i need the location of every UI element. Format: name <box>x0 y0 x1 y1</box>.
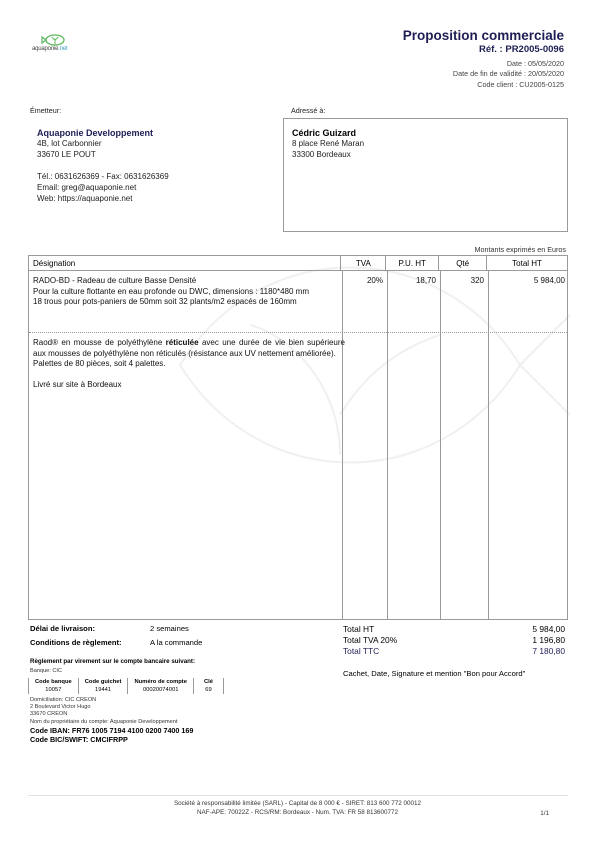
sender-address-2: 33670 LE POUT <box>37 149 169 160</box>
recipient-address-1: 8 place René Maran <box>292 138 364 149</box>
bank-transfer-title: Règlement par virement sur le compte ban… <box>30 658 195 665</box>
sender-phone: Tél.: 0631626369 - Fax: 0631626369 <box>37 171 169 182</box>
row-separator <box>29 332 567 333</box>
bank-code-value: 10057 <box>29 686 79 694</box>
description-paragraph-3: Livré sur site à Bordeaux <box>33 380 345 391</box>
column-header-tva: TVA <box>341 256 386 271</box>
bank-code-header: Code banque <box>29 678 79 686</box>
description-paragraph-2: Palettes de 80 pièces, soit 4 palettes. <box>33 359 345 370</box>
column-header-designation: Désignation <box>29 256 341 271</box>
recipient-name: Cédric Guizard <box>292 128 364 138</box>
bic-code: Code BIC/SWIFT: CMCIFRPP <box>30 735 193 744</box>
account-number-header: Numéro de compte <box>128 678 194 686</box>
sender-label: Émetteur: <box>30 106 61 115</box>
column-header-total: Total HT <box>487 256 568 271</box>
delivery-value: 2 semaines <box>150 624 189 633</box>
bank-address-block: Domiciliation: CIC CREON 2 Boulevard Vic… <box>30 697 193 744</box>
sender-block: Aquaponie Developpement 4B, lot Carbonni… <box>37 128 169 204</box>
recipient-label: Adressé à: <box>291 106 325 115</box>
bank-name: Banque: CIC <box>30 668 62 675</box>
recipient-block: Cédric Guizard 8 place René Maran 33300 … <box>292 128 364 160</box>
item-description: Raod® en mousse de polyéthylène réticulé… <box>33 338 345 391</box>
item-total: 5 984,00 <box>488 276 565 287</box>
total-ttc-row: Total TTC7 180,80 <box>343 646 565 657</box>
item-unit-price: 18,70 <box>387 276 436 287</box>
sender-email: Email: greg@aquaponie.net <box>37 182 169 193</box>
iban-code: Code IBAN: FR76 1005 7194 4100 0200 7400… <box>30 726 193 735</box>
items-table: Désignation TVA P.U. HT Qté Total HT <box>28 255 568 271</box>
recipient-address-2: 33300 Bordeaux <box>292 149 364 160</box>
document-date: Date : 05/05/2020 <box>507 59 564 68</box>
delivery-label: Délai de livraison: <box>30 624 95 633</box>
logo-wordmark: aquaponie.net <box>32 46 67 52</box>
bank-domiciliation: Domiciliation: CIC CREON <box>30 697 193 704</box>
column-header-quantity: Qté <box>439 256 487 271</box>
table-row: RADO-BD - Radeau de culture Basse Densit… <box>33 276 309 308</box>
account-owner: Nom du propriétaire du compte: Aquaponie… <box>30 719 193 726</box>
sender-name: Aquaponie Developpement <box>37 128 169 138</box>
item-quantity: 320 <box>440 276 484 287</box>
currency-note: Montants exprimés en Euros <box>475 245 566 254</box>
key-value: 69 <box>193 686 223 694</box>
document-reference: Réf. : PR2005-0096 <box>479 44 564 55</box>
footer-legal-1: Société à responsabilité limitée (SARL) … <box>0 800 595 807</box>
items-table-body: RADO-BD - Radeau de culture Basse Densit… <box>28 270 568 620</box>
bank-address-1: 2 Boulevard Victor Hugo <box>30 704 193 711</box>
sender-address-1: 4B, lot Carbonnier <box>37 138 169 149</box>
client-code: Code client : CU2005-0125 <box>477 80 564 89</box>
document-title: Proposition commerciale <box>403 28 564 43</box>
page-number: 1/1 <box>540 810 549 817</box>
item-detail-1: Pour la culture flottante en eau profond… <box>33 287 309 298</box>
item-detail-2: 18 trous pour pots-paniers de 50mm soit … <box>33 297 309 308</box>
footer-legal-2: NAF-APE: 70022Z - RCS/RM: Bordeaux - Num… <box>0 809 595 816</box>
key-header: Clé <box>193 678 223 686</box>
item-title: RADO-BD - Radeau de culture Basse Densit… <box>33 276 309 287</box>
bank-address-2: 33670 CREON <box>30 711 193 718</box>
payment-label: Conditions de règlement: <box>30 638 122 647</box>
item-tva: 20% <box>342 276 383 287</box>
validity-date: Date de fin de validité : 20/05/2020 <box>453 69 564 78</box>
total-ht-row: Total HT5 984,00 <box>343 624 565 635</box>
footer-divider <box>28 795 568 796</box>
account-number-value: 00020074001 <box>128 686 194 694</box>
sender-web: Web: https://aquaponie.net <box>37 193 169 204</box>
bank-details-table: Code banque Code guichet Numéro de compt… <box>28 678 224 694</box>
column-header-unit-price: P.U. HT <box>386 256 439 271</box>
description-paragraph-1: Raod® en mousse de polyéthylène réticulé… <box>33 338 345 359</box>
payment-value: A la commande <box>150 638 202 647</box>
signature-note: Cachet, Date, Signature et mention "Bon … <box>343 669 525 678</box>
table-header-row: Désignation TVA P.U. HT Qté Total HT <box>29 256 568 271</box>
branch-code-header: Code guichet <box>78 678 128 686</box>
total-tva-row: Total TVA 20%1 196,80 <box>343 635 565 646</box>
branch-code-value: 19441 <box>78 686 128 694</box>
